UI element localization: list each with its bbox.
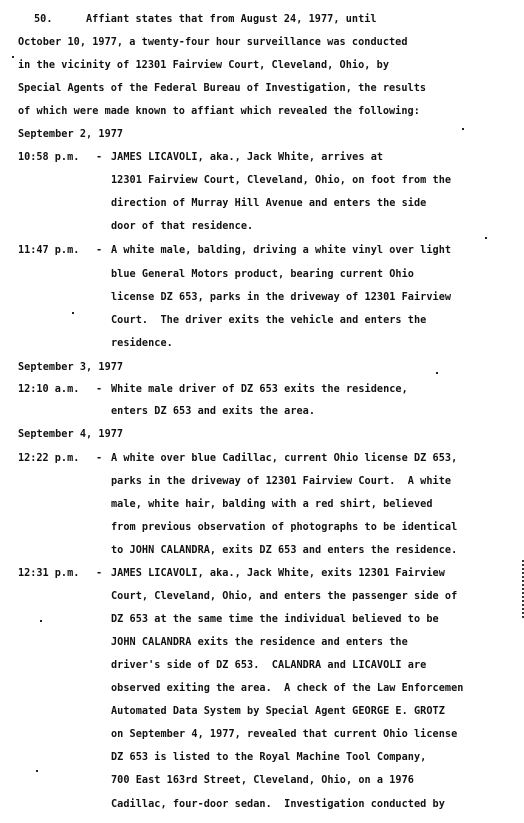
entry-line: male, white hair, balding with a red shi… (111, 499, 433, 511)
entry-time: 11:47 p.m. (18, 245, 79, 257)
entry-dash: - (96, 245, 102, 257)
entry-line: parks in the driveway of 12301 Fairview … (111, 476, 451, 488)
entry-line: blue General Motors product, bearing cur… (111, 269, 414, 281)
intro-line: in the vicinity of 12301 Fairview Court,… (18, 60, 389, 72)
entry-line: A white male, balding, driving a white v… (111, 245, 451, 257)
scan-speck (12, 56, 14, 58)
entry-line: direction of Murray Hill Avenue and ente… (111, 198, 426, 210)
entry-dash: - (96, 384, 102, 396)
entry-line: Court. The driver exits the vehicle and … (111, 315, 426, 327)
entry-time: 10:58 p.m. (18, 152, 79, 164)
intro-line: Affiant states that from August 24, 1977… (86, 14, 377, 26)
scan-speck (462, 128, 464, 130)
entry-line: license DZ 653, parks in the driveway of… (111, 292, 451, 304)
entry-line: JAMES LICAVOLI, aka., Jack White, arrive… (111, 152, 383, 164)
entry-line: door of that residence. (111, 221, 253, 233)
entry-line: Automated Data System by Special Agent G… (111, 706, 445, 718)
entry-dash: - (96, 568, 102, 580)
intro-line: Special Agents of the Federal Bureau of … (18, 83, 426, 95)
section-date: September 4, 1977 (18, 429, 123, 441)
entry-dash: - (96, 152, 102, 164)
document-page: 50. Affiant states that from August 24, … (0, 0, 524, 823)
entry-line: DZ 653 is listed to the Royal Machine To… (111, 752, 426, 764)
entry-dash: - (96, 453, 102, 465)
entry-line: A white over blue Cadillac, current Ohio… (111, 453, 457, 465)
section-date: September 2, 1977 (18, 129, 123, 141)
entry-line: observed exiting the area. A check of th… (111, 683, 463, 695)
intro-line: of which were made known to affiant whic… (18, 106, 420, 118)
scan-speck (40, 620, 42, 622)
entry-line: 700 East 163rd Street, Cleveland, Ohio, … (111, 775, 414, 787)
scan-speck (436, 372, 438, 374)
scan-speck (72, 312, 74, 314)
paragraph-number: 50. (34, 14, 53, 26)
entry-line: driver's side of DZ 653. CALANDRA and LI… (111, 660, 426, 672)
section-date: September 3, 1977 (18, 362, 123, 374)
intro-line: October 10, 1977, a twenty-four hour sur… (18, 37, 408, 49)
entry-line: enters DZ 653 and exits the area. (111, 406, 315, 418)
entry-line: from previous observation of photographs… (111, 522, 457, 534)
entry-line: White male driver of DZ 653 exits the re… (111, 384, 408, 396)
scan-speck (485, 237, 487, 239)
entry-line: on September 4, 1977, revealed that curr… (111, 729, 457, 741)
entry-line: Cadillac, four-door sedan. Investigation… (111, 799, 445, 811)
entry-line: JOHN CALANDRA exits the residence and en… (111, 637, 408, 649)
entry-line: 12301 Fairview Court, Cleveland, Ohio, o… (111, 175, 451, 187)
entry-time: 12:10 a.m. (18, 384, 79, 396)
entry-time: 12:22 p.m. (18, 453, 79, 465)
entry-time: 12:31 p.m. (18, 568, 79, 580)
entry-line: to JOHN CALANDRA, exits DZ 653 and enter… (111, 545, 457, 557)
entry-line: Court, Cleveland, Ohio, and enters the p… (111, 591, 457, 603)
entry-line: JAMES LICAVOLI, aka., Jack White, exits … (111, 568, 445, 580)
scan-speck (36, 770, 38, 772)
entry-line: residence. (111, 338, 173, 350)
entry-line: DZ 653 at the same time the individual b… (111, 614, 439, 626)
